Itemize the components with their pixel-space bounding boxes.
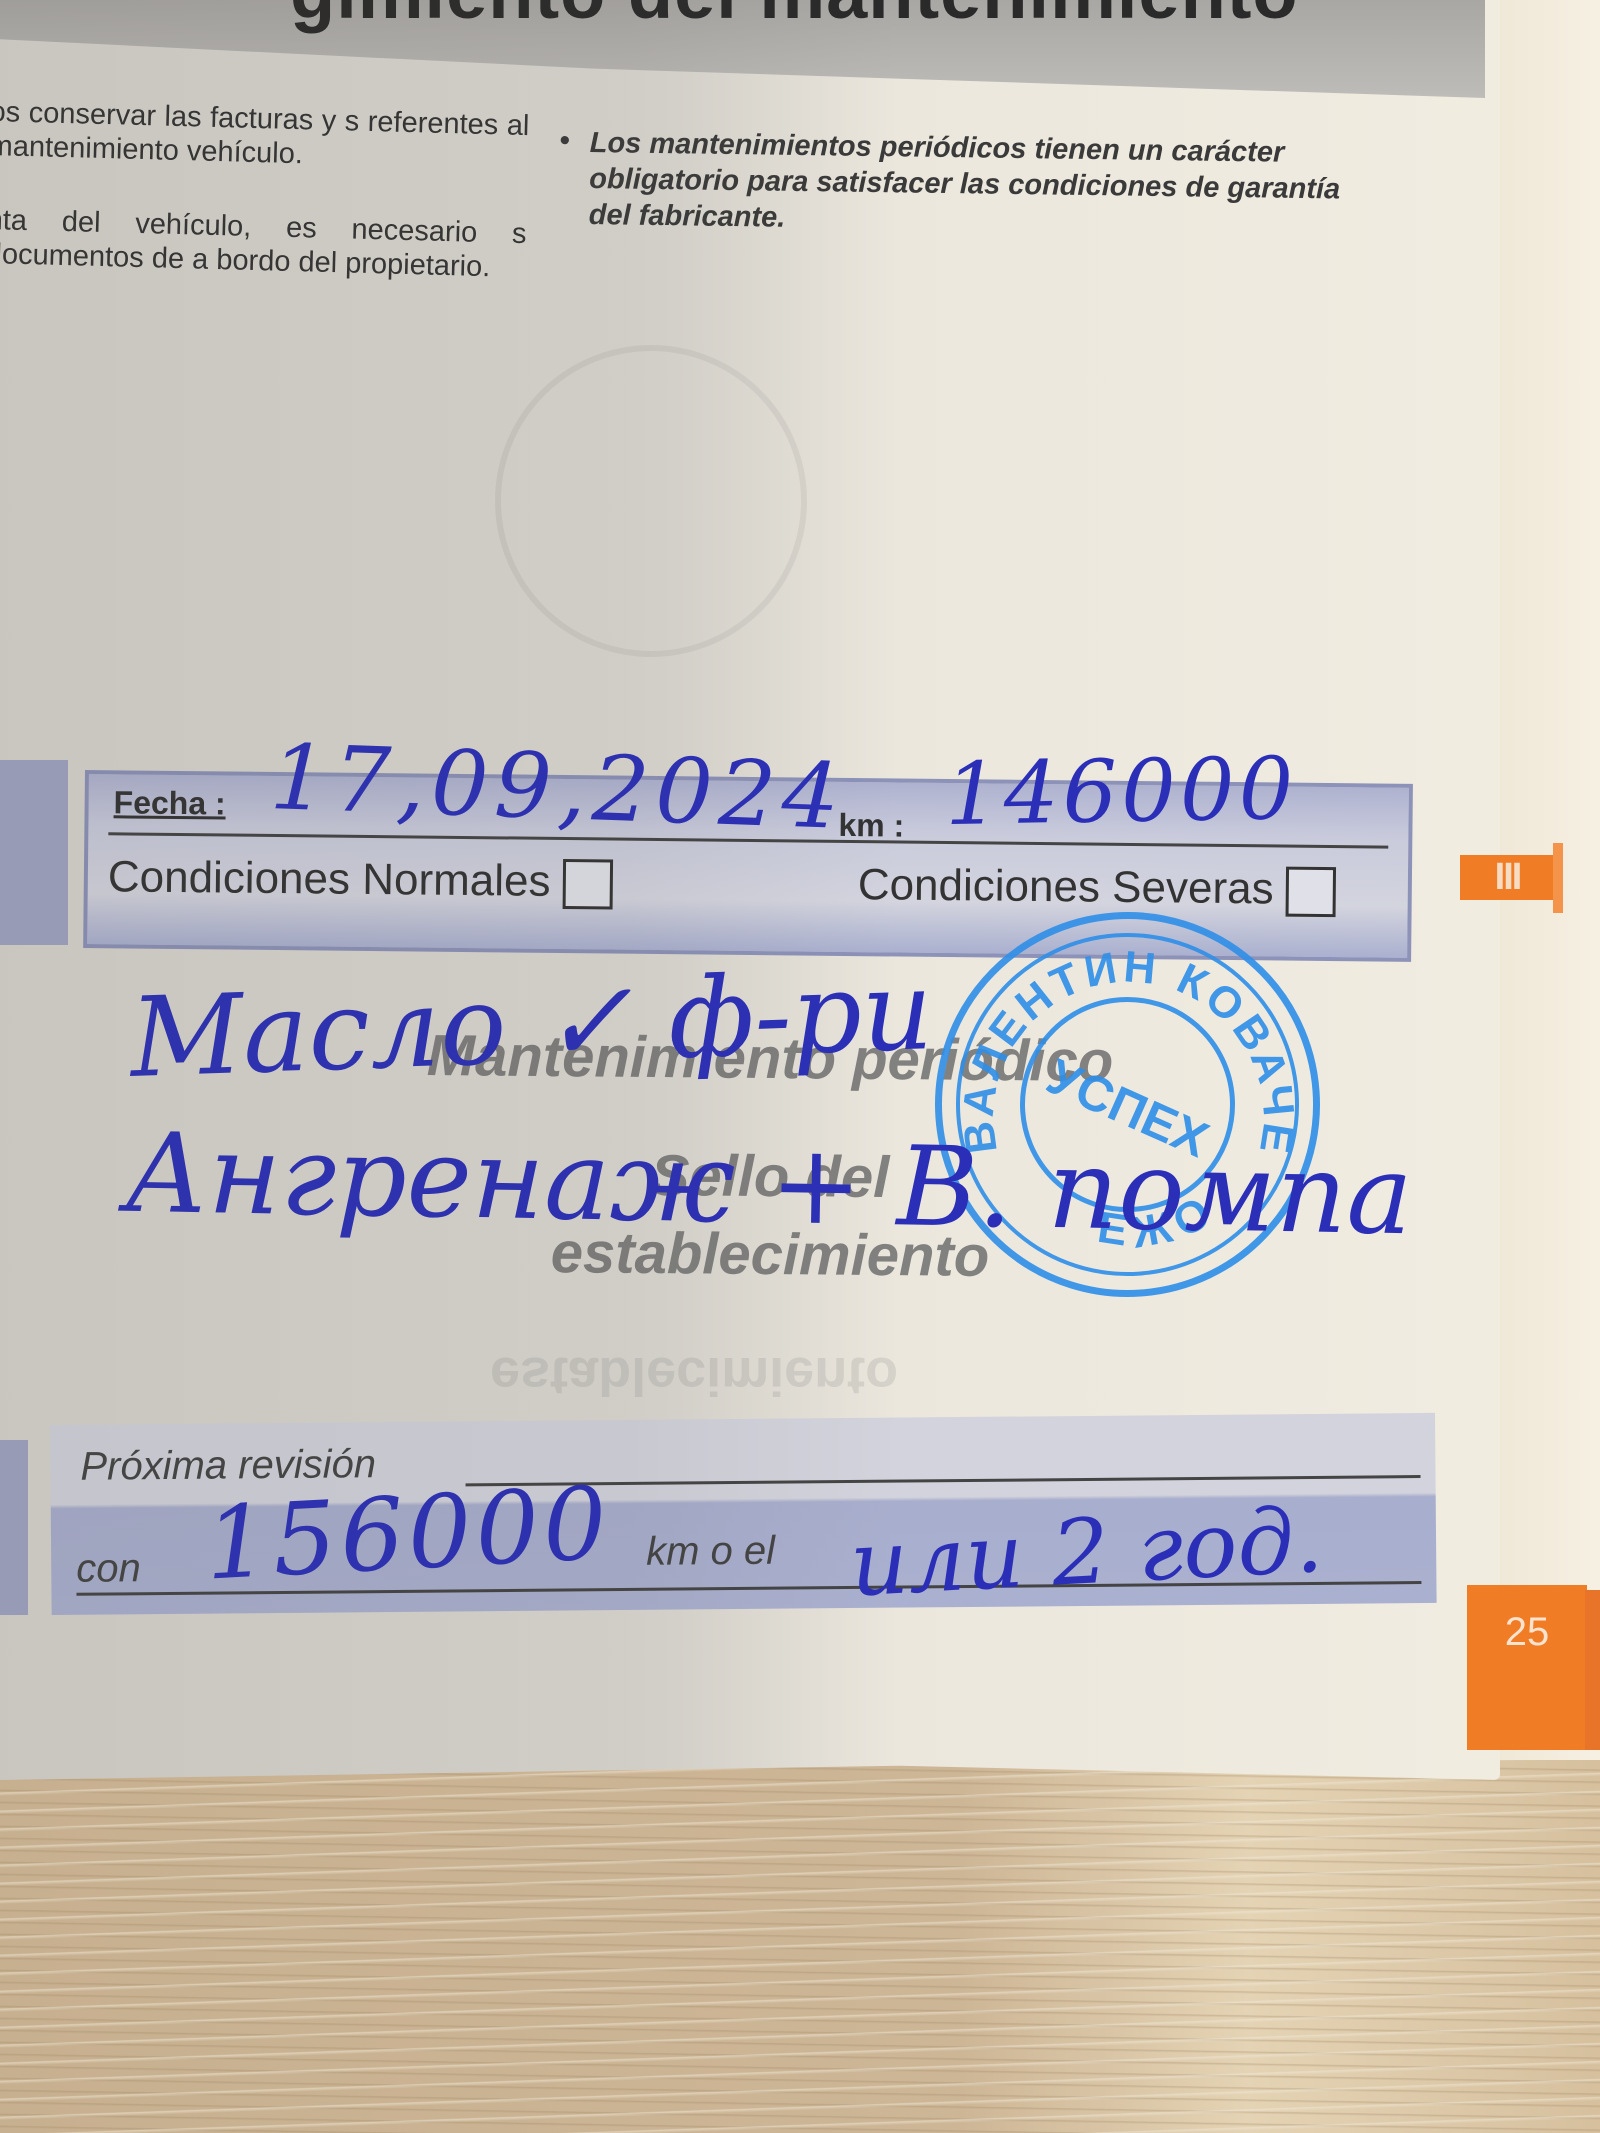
bleed-through-text: establecimiento bbox=[490, 1345, 898, 1407]
handwritten-note-2: Ангренаж + В. помпа bbox=[124, 1109, 1414, 1259]
condition-normal-checkbox[interactable] bbox=[562, 859, 613, 910]
header-band: gimiento del mantenimiento bbox=[0, 0, 1485, 98]
condition-normal-label: Condiciones Normales bbox=[108, 852, 551, 906]
tab-edge bbox=[1585, 1590, 1600, 1750]
section-tab[interactable]: III bbox=[1460, 855, 1555, 900]
bullet-icon: • bbox=[560, 123, 571, 159]
handwritten-date: 17,09,2024 bbox=[268, 725, 847, 850]
wooden-table bbox=[0, 1760, 1600, 2133]
booklet-page: gimiento del mantenimiento os conservar … bbox=[0, 0, 1500, 1780]
condition-normal[interactable]: Condiciones Normales bbox=[108, 852, 613, 910]
divider bbox=[466, 1475, 1421, 1486]
page-number-tab: 25 bbox=[1467, 1585, 1587, 1750]
handwritten-next-km: 156000 bbox=[202, 1464, 613, 1602]
warranty-note: Los mantenimientos periódicos tienen un … bbox=[589, 127, 1341, 234]
right-column: • Los mantenimientos periódicos tienen u… bbox=[588, 125, 1359, 244]
handwritten-km: 146000 bbox=[944, 739, 1298, 845]
neighbor-form-fragment bbox=[0, 760, 68, 945]
page-title: gimiento del mantenimiento bbox=[290, 0, 1299, 35]
left-paragraph-2: nta del vehículo, es necesario s documen… bbox=[0, 203, 527, 285]
fecha-label: Fecha : bbox=[113, 784, 225, 822]
left-paragraph-1: os conservar las facturas y s referentes… bbox=[0, 95, 530, 177]
km-label: km : bbox=[838, 807, 904, 845]
neighbor-form-fragment bbox=[0, 1440, 28, 1615]
left-column: os conservar las facturas y s referentes… bbox=[0, 95, 530, 325]
km-or-date-label: km o el bbox=[646, 1529, 775, 1575]
con-label: con bbox=[76, 1546, 141, 1592]
bleed-through-stamp bbox=[495, 345, 807, 657]
